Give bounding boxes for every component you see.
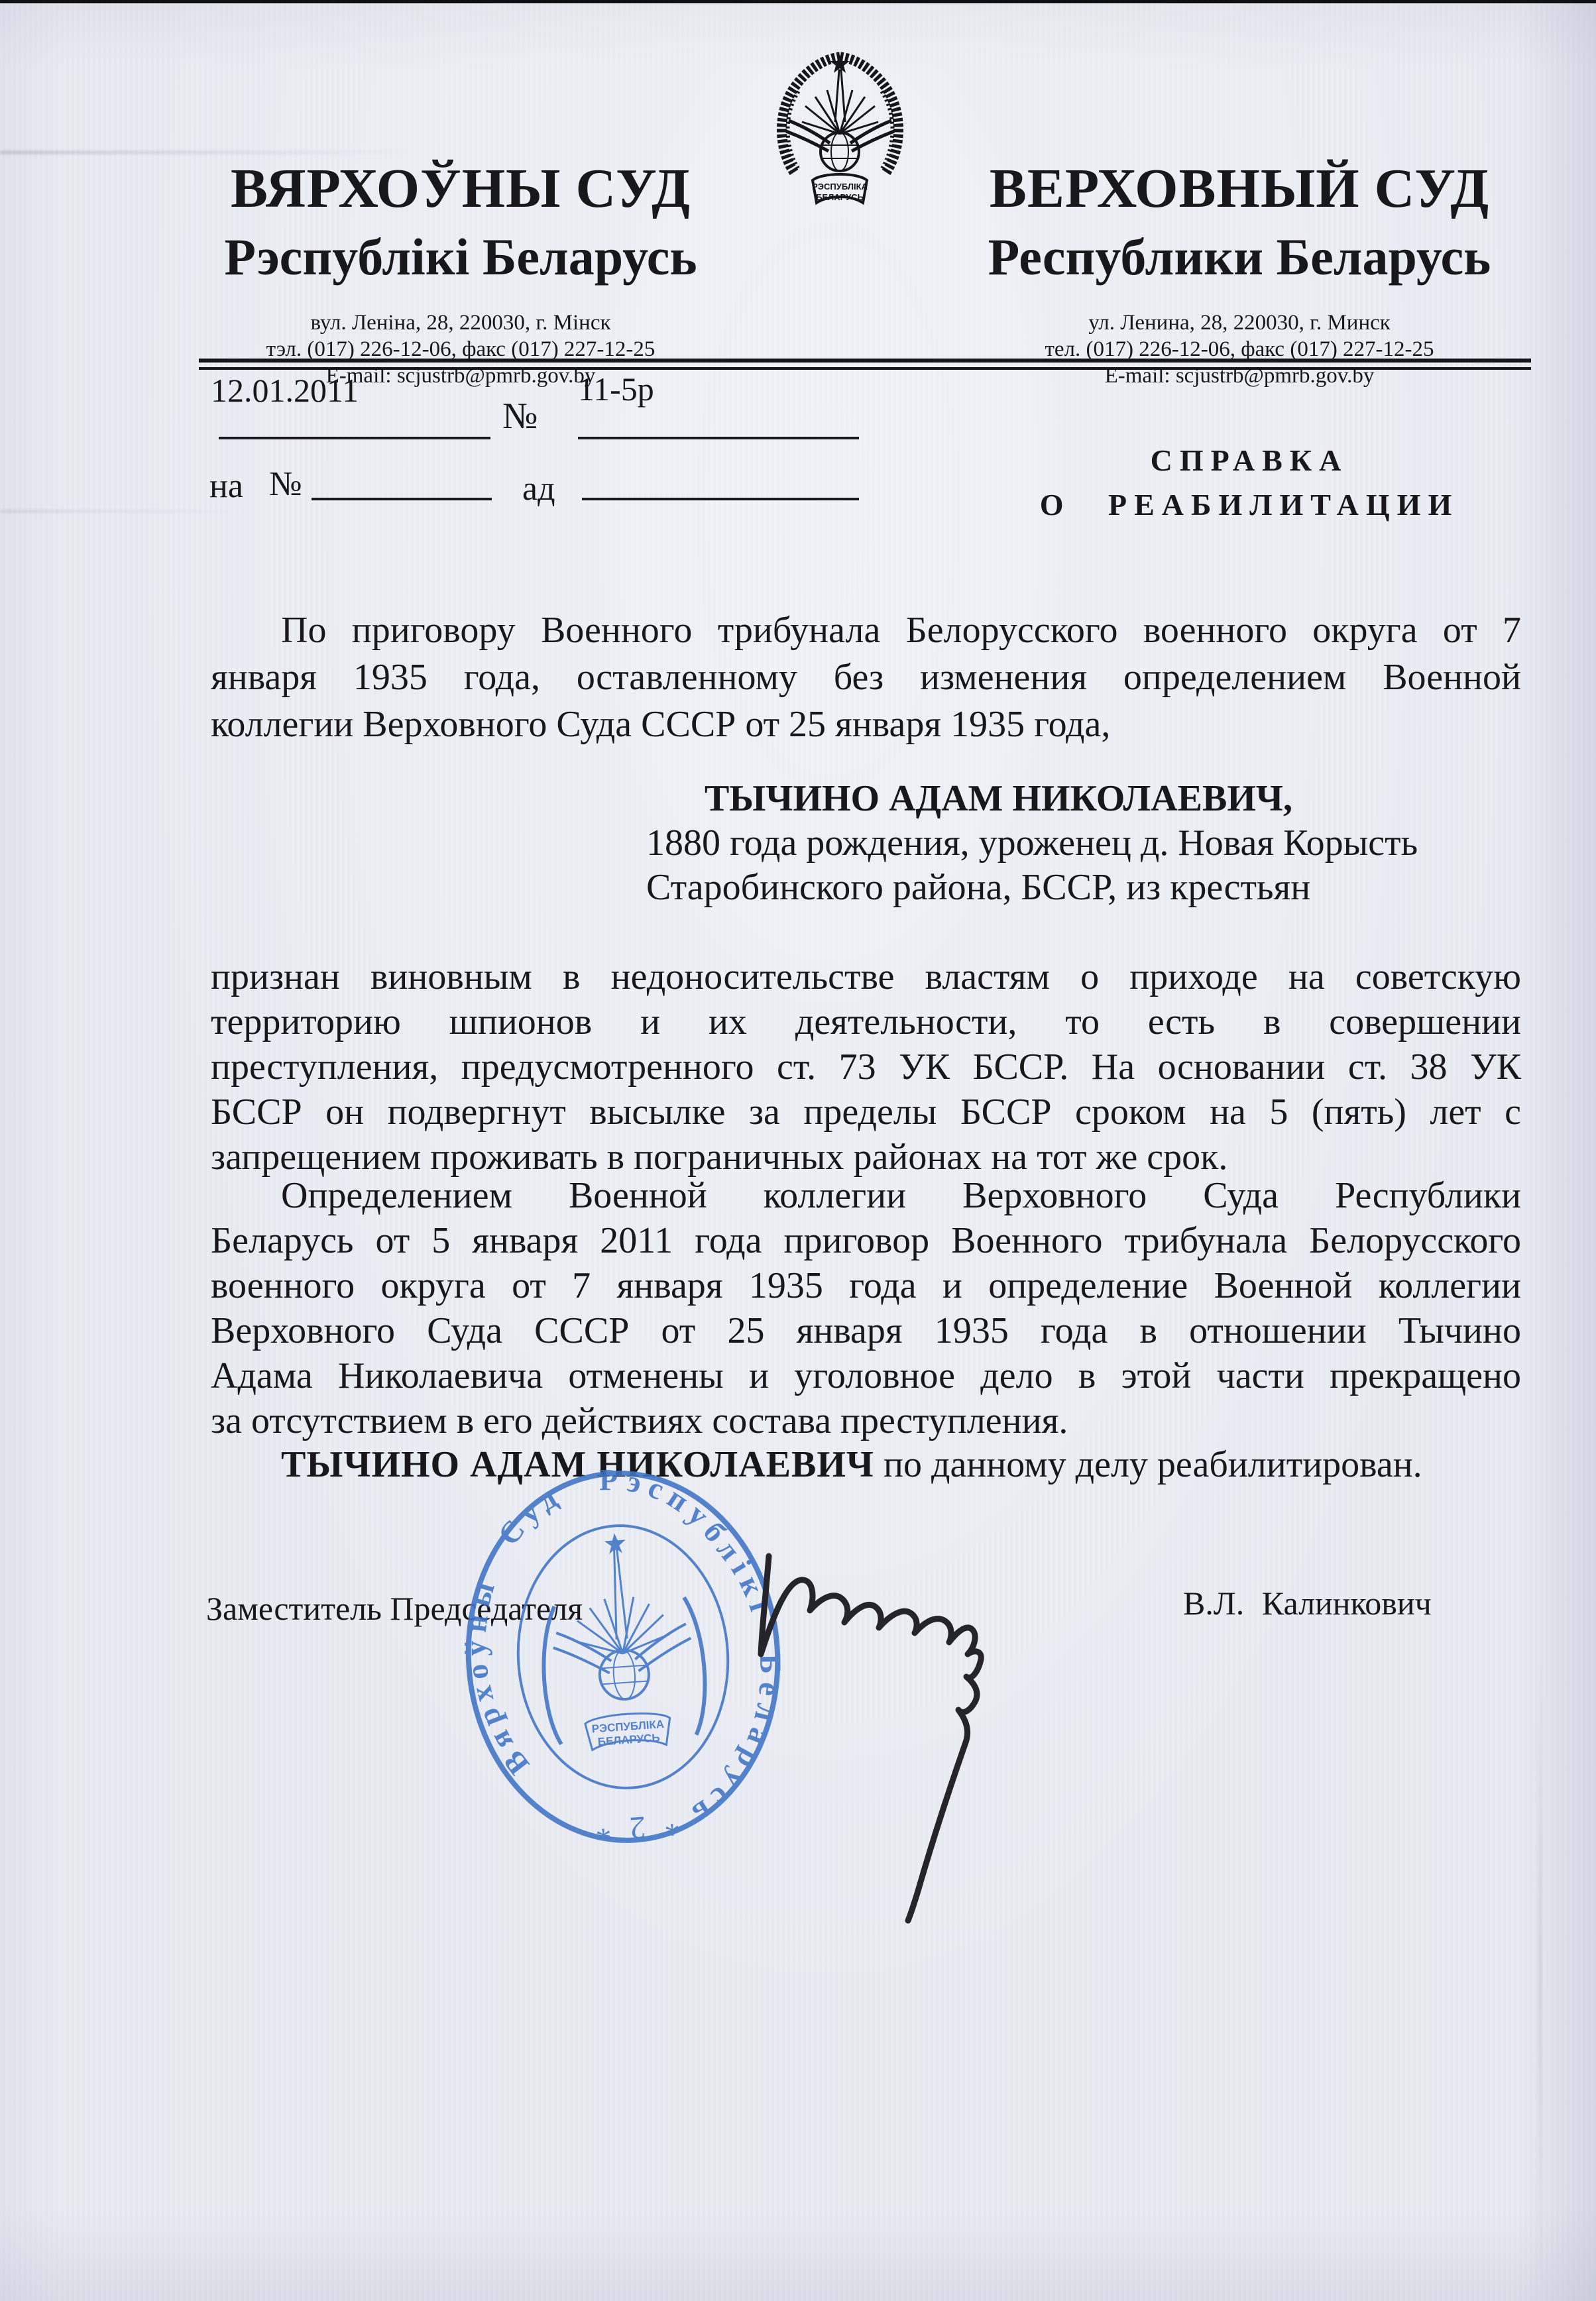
court-subtitle-ru: Республики Беларусь bbox=[981, 227, 1498, 287]
text-line: преступления, предусмотренного ст. 73 УК… bbox=[211, 1044, 1521, 1090]
reply-from-label: ад bbox=[522, 469, 555, 508]
document-number: 11-5р bbox=[578, 370, 654, 408]
subject-name: ТЫЧИНО АДАМ НИКОЛАЕВИЧ, bbox=[646, 777, 1418, 821]
emblem-ribbon-text-2: БЕЛАРУСЬ bbox=[816, 192, 864, 202]
document-date: 12.01.2011 bbox=[211, 371, 359, 410]
text-line: Верховного Суда СССР от 25 января 1935 г… bbox=[211, 1308, 1521, 1353]
court-title-by: ВЯРХОЎНЫ СУД bbox=[199, 156, 722, 221]
scan-edge-artifact bbox=[0, 0, 1596, 3]
text-line: коллегии Верховного Суда СССР от 25 янва… bbox=[211, 701, 1521, 748]
reply-number-sign: № bbox=[269, 465, 302, 504]
subject-birth: 1880 года рождения, уроженец д. Новая Ко… bbox=[646, 821, 1418, 866]
text-line: По приговору Военного трибунала Белорусс… bbox=[211, 607, 1521, 654]
text-line: Адама Николаевича отменены и уголовное д… bbox=[211, 1353, 1521, 1398]
number-sign: № bbox=[502, 395, 538, 437]
court-subtitle-by: Рэспублікі Беларусь bbox=[199, 227, 722, 287]
paragraph-rehabilitated: ТЫЧИНО АДАМ НИКОЛАЕВИЧ по данному делу р… bbox=[211, 1442, 1521, 1487]
handwritten-signature bbox=[722, 1518, 1041, 1935]
blank-line bbox=[582, 498, 859, 500]
text-line: признан виновным в недоносительстве влас… bbox=[211, 954, 1521, 999]
paper-crease bbox=[0, 510, 252, 512]
scanned-document-page: РЭСПУБЛІКА БЕЛАРУСЬ ВЯРХОЎНЫ СУД Рэспубл… bbox=[0, 0, 1596, 2301]
paragraph-verdict: признан виновным в недоносительстве влас… bbox=[211, 954, 1521, 1180]
letterhead-russian: ВЕРХОВНЫЙ СУД Республики Беларусь ул. Ле… bbox=[981, 156, 1498, 389]
paragraph-ruling: Определением Военной коллегии Верховного… bbox=[211, 1173, 1521, 1443]
text-line: Беларусь от 5 января 2011 года приговор … bbox=[211, 1218, 1521, 1263]
signer-name: В.Л. Калинкович bbox=[1183, 1584, 1432, 1622]
letterhead-rule bbox=[199, 367, 1531, 370]
emblem-ribbon-text-1: РЭСПУБЛІКА bbox=[812, 182, 868, 192]
letterhead-belarusian: ВЯРХОЎНЫ СУД Рэспублікі Беларусь вул. Ле… bbox=[199, 156, 722, 389]
text-line: января 1935 года, оставленному без измен… bbox=[211, 654, 1521, 701]
letterhead-rule bbox=[199, 359, 1531, 363]
paragraph-intro: По приговору Военного трибунала Белорусс… bbox=[211, 607, 1521, 748]
email-ru: E-mail: scjustrb@pmrb.gov.by bbox=[981, 363, 1498, 389]
address-by: вул. Леніна, 28, 220030, г. Мінск bbox=[199, 309, 722, 336]
blank-line bbox=[219, 437, 490, 439]
blank-line bbox=[578, 437, 859, 439]
text-line: Определением Военной коллегии Верховного… bbox=[211, 1173, 1521, 1218]
rehabilitated-text: по данному делу реабилитирован. bbox=[874, 1444, 1422, 1485]
text-line: за отсутствием в его действиях состава п… bbox=[211, 1398, 1521, 1443]
seal-bottom-text: * 2 * bbox=[589, 1807, 681, 1848]
text-line: территорию шпионов и их деятельности, то… bbox=[211, 999, 1521, 1044]
text-line: БССР он подвергнут высылке за пределы БС… bbox=[211, 1090, 1521, 1135]
blank-line bbox=[312, 498, 492, 500]
subject-origin: Старобинского района, БССР, из крестьян bbox=[646, 866, 1418, 910]
address-ru: ул. Ленина, 28, 220030, г. Минск bbox=[981, 309, 1498, 336]
court-title-ru: ВЕРХОВНЫЙ СУД bbox=[981, 156, 1498, 221]
paper-crease bbox=[1539, 1657, 1541, 2286]
document-title-line1: СПРАВКА bbox=[994, 443, 1505, 478]
text-line: военного округа от 7 января 1935 года и … bbox=[211, 1263, 1521, 1308]
document-title-line2: О РЕАБИЛИТАЦИИ bbox=[994, 487, 1505, 522]
paper-crease bbox=[0, 151, 411, 154]
document-title: СПРАВКА О РЕАБИЛИТАЦИИ bbox=[994, 443, 1505, 522]
reply-to-label: на bbox=[209, 467, 243, 506]
belarus-emblem-icon: РЭСПУБЛІКА БЕЛАРУСЬ bbox=[769, 42, 911, 216]
subject-block: ТЫЧИНО АДАМ НИКОЛАЕВИЧ, 1880 года рожден… bbox=[646, 777, 1418, 910]
